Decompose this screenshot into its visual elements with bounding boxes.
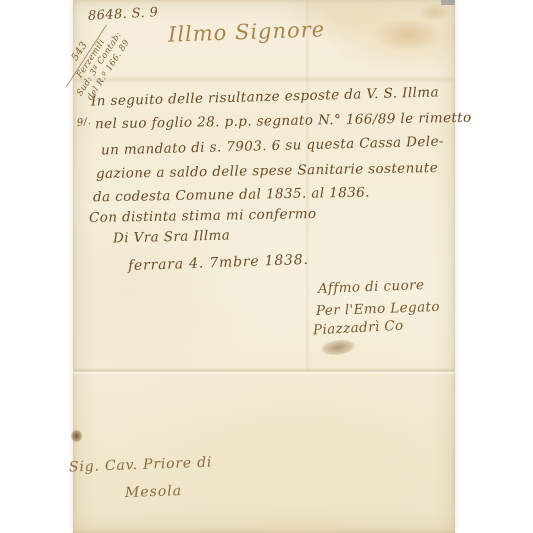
address-line: Mesola <box>125 484 183 500</box>
body-line: nel suo foglio 28. p.p. segnato N.° 166/… <box>95 112 472 132</box>
signature-line: Affmo di cuore <box>318 279 425 296</box>
body-line: un mandato di s. 7903. 6 su questa Cassa… <box>101 136 444 158</box>
fold-crease-top <box>73 76 455 83</box>
body-line: Con distinta stima mi confermo <box>89 208 317 225</box>
address-line: Sig. Cav. Priore di <box>69 456 213 475</box>
margin-annotation: 543 Ferzemili Sud: 3ª Contab: del R.º 16… <box>55 17 134 104</box>
body-line: da codesta Comune dal 1835. al 1836. <box>93 187 370 205</box>
margin-reference-mark: 9/. <box>76 117 91 129</box>
ink-stain <box>418 2 452 22</box>
fold-crease-main <box>73 368 455 375</box>
scanned-letter-image: 8648. S. 9 543 Ferzemili Sud: 3ª Contab:… <box>0 0 533 533</box>
closing-line: Di Vra Sra Illma <box>113 229 231 246</box>
signature-line: Piazzadrì Co <box>313 320 404 338</box>
place-dateline: ferrara 4. 7mbre 1838. <box>128 253 309 273</box>
body-line: gazione a saldo delle spese Sanitarie so… <box>96 162 438 181</box>
ink-smudge <box>320 338 356 358</box>
salutation: Illmo Signore <box>168 19 326 45</box>
manuscript-page: 8648. S. 9 543 Ferzemili Sud: 3ª Contab:… <box>73 0 455 533</box>
ink-stain <box>373 18 443 52</box>
scan-edge-mark <box>441 0 455 5</box>
ink-spot <box>71 430 82 442</box>
body-line: In seguito delle risultanze esposte da V… <box>91 86 439 109</box>
signature-line: Per l'Emo Legato <box>316 301 440 319</box>
